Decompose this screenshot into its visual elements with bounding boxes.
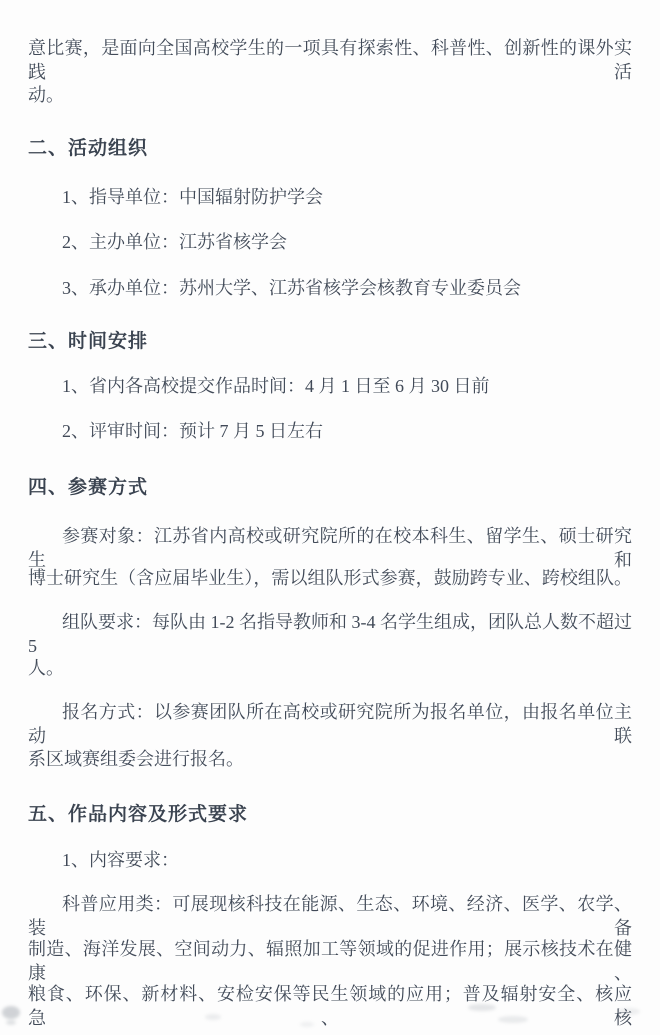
doc-line: 系区域赛组委会进行报名。 <box>28 747 632 771</box>
list-item: 1、省内各高校提交作品时间：4 月 1 日至 6 月 30 日前 <box>62 374 632 398</box>
section-heading-2: 二、活动组织 <box>28 137 632 161</box>
scan-smudge <box>6 1020 16 1025</box>
doc-line: 动。 <box>28 83 632 107</box>
list-item: 2、评审时间：预计 7 月 5 日左右 <box>62 419 632 443</box>
scan-smudge <box>300 1022 314 1027</box>
scan-smudge <box>2 1006 20 1019</box>
scan-smudge <box>205 1014 221 1020</box>
doc-line: 组队要求：每队由 1-2 名指导教师和 3-4 名学生组成，团队总人数不超过 5 <box>28 610 632 658</box>
scan-smudge <box>498 1016 528 1023</box>
list-item: 2、主办单位：江苏省核学会 <box>62 230 632 254</box>
list-item: 3、承办单位：苏州大学、江苏省核学会核教育专业委员会 <box>62 276 632 300</box>
section-heading-5: 五、作品内容及形式要求 <box>28 803 632 827</box>
section-heading-4: 四、参赛方式 <box>28 476 632 500</box>
scan-smudge <box>618 1008 640 1015</box>
doc-line: 博士研究生（含应届毕业生），需以组队形式参赛，鼓励跨专业、跨校组队。 <box>28 566 632 590</box>
list-item: 1、内容要求： <box>62 848 632 872</box>
scanned-document-page: 意比赛，是面向全国高校学生的一项具有探索性、科普性、创新性的课外实践活 动。 二… <box>0 0 660 1035</box>
scan-smudge <box>468 1004 496 1011</box>
doc-line: 人。 <box>28 656 632 680</box>
doc-line: 粮食、环保、新材料、安检安保等民生领域的应用；普及辐射安全、核应急、核 <box>28 982 632 1030</box>
doc-line: 报名方式：以参赛团队所在高校或研究院所为报名单位，由报名单位主动联 <box>28 700 632 748</box>
list-item: 1、指导单位：中国辐射防护学会 <box>62 185 632 209</box>
section-heading-3: 三、时间安排 <box>28 330 632 354</box>
doc-line: 制造、海洋发展、空间动力、辐照加工等领域的促进作用；展示核技术在健康、 <box>28 937 632 985</box>
doc-line: 科普应用类：可展现核科技在能源、生态、环境、经济、医学、农学、装备 <box>28 892 632 940</box>
doc-line: 意比赛，是面向全国高校学生的一项具有探索性、科普性、创新性的课外实践活 <box>28 36 632 84</box>
doc-line: 参赛对象：江苏省内高校或研究院所的在校本科生、留学生、硕士研究生和 <box>28 524 632 572</box>
